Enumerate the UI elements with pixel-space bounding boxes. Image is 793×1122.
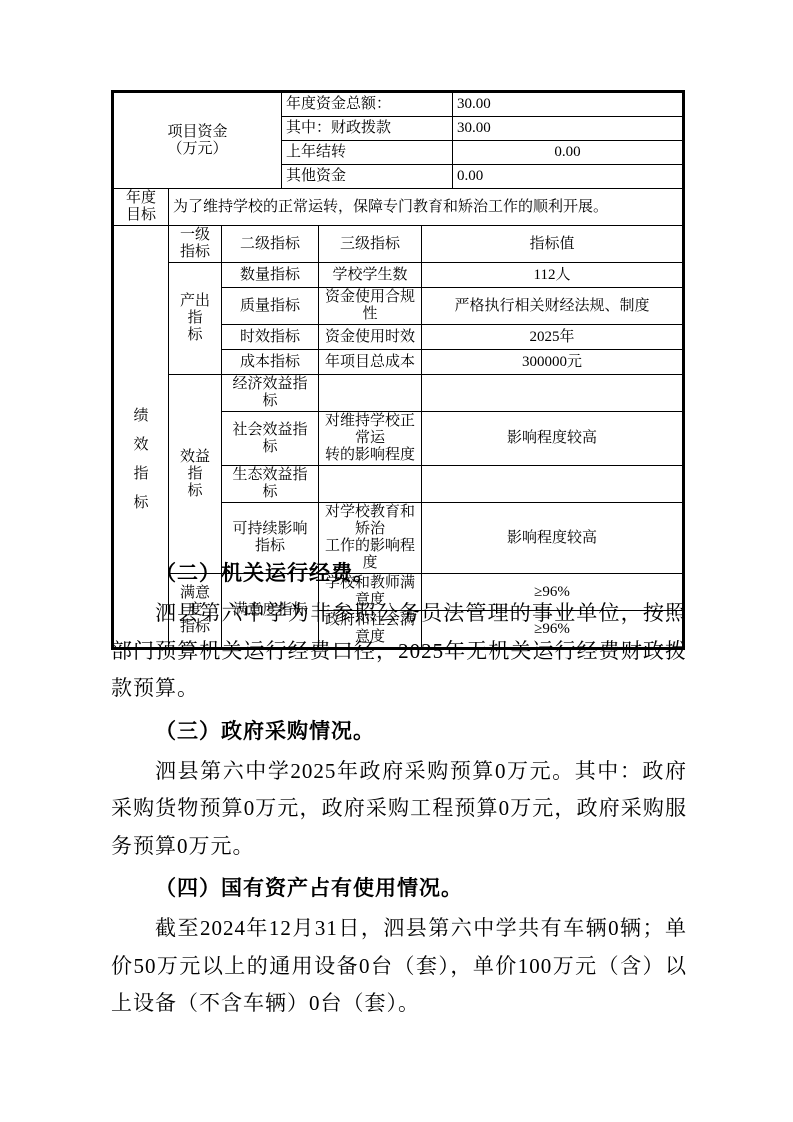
- section-paragraph: 泗县第六中学为非参照公务员法管理的事业单位，按照部门预算机关运行经费口径，202…: [111, 595, 687, 708]
- project-funds-table: 项目资金 （万元） 年度资金总额： 30.00 其中：财政拨款 30.00 上年…: [113, 92, 683, 189]
- indicator-l3: 资金使用时效: [319, 325, 422, 350]
- section-paragraph: 泗县第六中学2025年政府采购预算0万元。其中：政府采购货物预算0万元，政府采购…: [111, 753, 687, 866]
- indicator-l2: 生态效益指标: [222, 466, 319, 503]
- funds-total-value: 30.00: [453, 93, 683, 117]
- indicator-l3: 年项目总成本: [319, 350, 422, 375]
- funds-other-value: 0.00: [453, 165, 683, 189]
- funds-other-label: 其他资金: [282, 165, 453, 189]
- header-level2: 二级指标: [222, 226, 319, 263]
- funds-carryover-value: 0.00: [453, 141, 683, 165]
- section-heading: （二）机关运行经费。: [111, 559, 687, 587]
- header-level1: 一级 指标: [169, 226, 222, 263]
- benefit-group-label: 效益指 标: [169, 375, 222, 574]
- table-row: 效益指 标 经济效益指标: [114, 375, 683, 412]
- header-level3: 三级指标: [319, 226, 422, 263]
- indicator-l2: 社会效益指标: [222, 412, 319, 466]
- indicator-l3: 对维持学校正常运 转的影响程度: [319, 412, 422, 466]
- indicator-l2: 经济效益指标: [222, 375, 319, 412]
- annual-goal-label: 年度 目标: [114, 189, 169, 226]
- indicator-l2: 数量指标: [222, 263, 319, 288]
- section-state-assets: （四）国有资产占有使用情况。 截至2024年12月31日，泗县第六中学共有车辆0…: [111, 874, 687, 1023]
- indicator-value: 影响程度较高: [422, 412, 683, 466]
- project-funds-label: 项目资金 （万元）: [114, 93, 282, 189]
- indicator-l3: [319, 375, 422, 412]
- section-government-procurement: （三）政府采购情况。 泗县第六中学2025年政府采购预算0万元。其中：政府采购货…: [111, 717, 687, 866]
- indicator-l2: 质量指标: [222, 288, 319, 325]
- indicator-l3: 资金使用合规性: [319, 288, 422, 325]
- section-paragraph: 截至2024年12月31日，泗县第六中学共有车辆0辆；单价50万元以上的通用设备…: [111, 910, 687, 1023]
- indicator-value: [422, 375, 683, 412]
- indicator-value: 严格执行相关财经法规、制度: [422, 288, 683, 325]
- indicator-l2: 成本指标: [222, 350, 319, 375]
- section-heading: （三）政府采购情况。: [111, 717, 687, 745]
- annual-goal-text: 为了维持学校的正常运转，保障专门教育和矫治工作的顺利开展。: [169, 189, 683, 226]
- output-group-label: 产出指 标: [169, 263, 222, 375]
- document-body: （二）机关运行经费。 泗县第六中学为非参照公务员法管理的事业单位，按照部门预算机…: [111, 550, 687, 1023]
- indicator-value: [422, 466, 683, 503]
- indicator-value: 300000元: [422, 350, 683, 375]
- table-row: 产出指 标 数量指标 学校学生数 112人: [114, 263, 683, 288]
- indicator-value: 2025年: [422, 325, 683, 350]
- section-heading: （四）国有资产占有使用情况。: [111, 874, 687, 902]
- header-value: 指标值: [422, 226, 683, 263]
- indicator-l3: [319, 466, 422, 503]
- funds-fiscal-label: 其中：财政拨款: [282, 117, 453, 141]
- indicator-l3: 学校学生数: [319, 263, 422, 288]
- funds-carryover-label: 上年结转: [282, 141, 453, 165]
- indicator-l2: 时效指标: [222, 325, 319, 350]
- section-agency-operating-costs: （二）机关运行经费。 泗县第六中学为非参照公务员法管理的事业单位，按照部门预算机…: [111, 559, 687, 708]
- indicator-value: 112人: [422, 263, 683, 288]
- document-page: 项目资金 （万元） 年度资金总额： 30.00 其中：财政拨款 30.00 上年…: [0, 0, 793, 1122]
- annual-goal-table: 年度 目标 为了维持学校的正常运转，保障专门教育和矫治工作的顺利开展。: [113, 188, 683, 226]
- funds-fiscal-value: 30.00: [453, 117, 683, 141]
- funds-total-label: 年度资金总额：: [282, 93, 453, 117]
